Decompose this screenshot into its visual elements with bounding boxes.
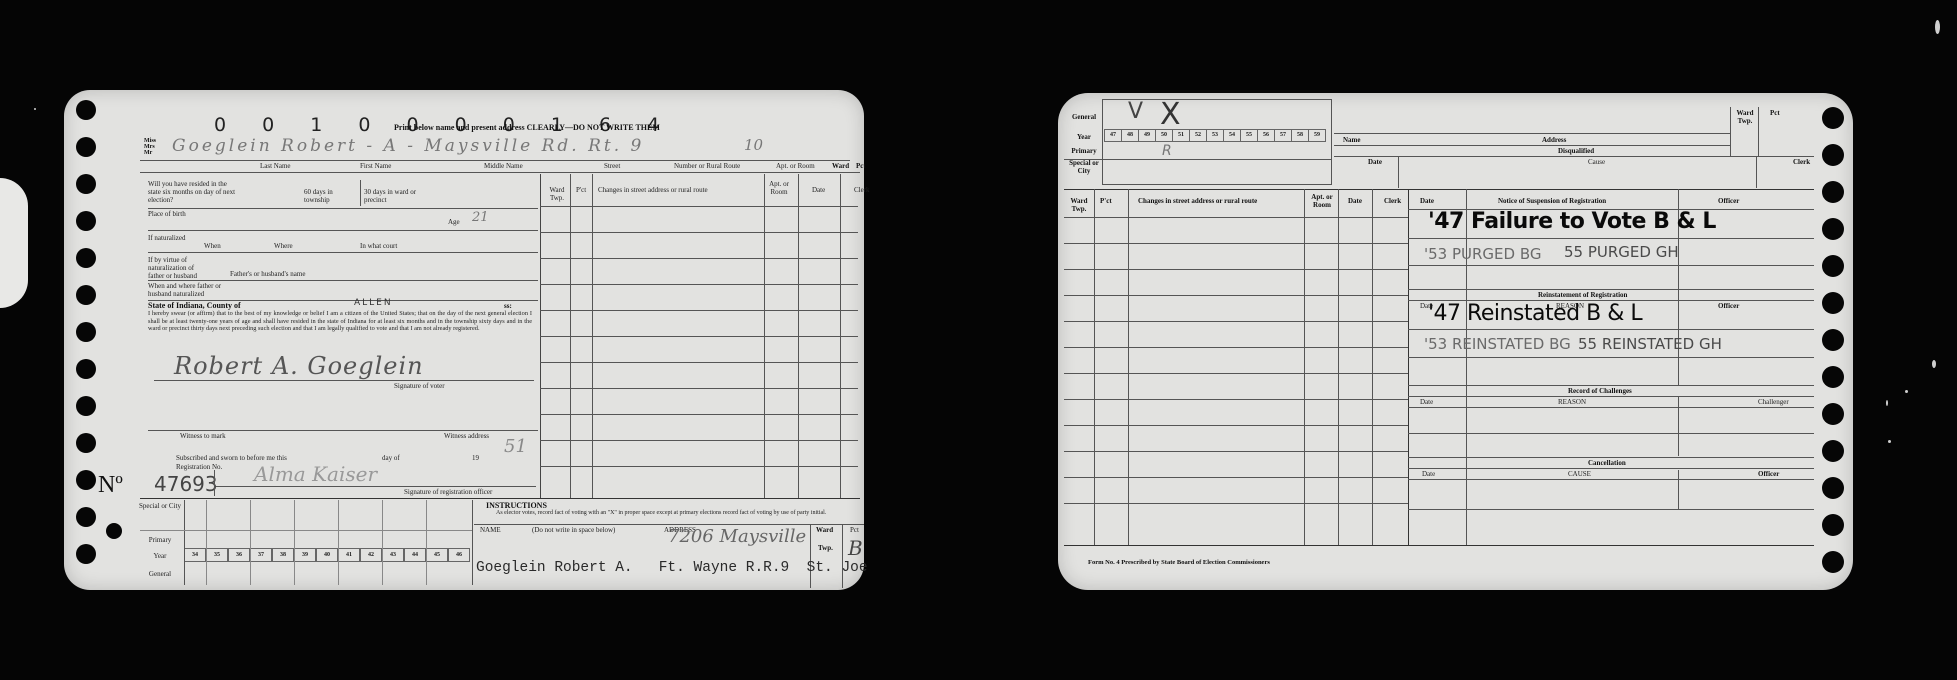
divider [1064,269,1408,270]
challenges-date-label: Date [1420,398,1433,406]
township-days-label: 60 days in township [304,188,356,204]
punch-hole [76,433,96,453]
reinstatement-officer-label: Officer [1718,302,1739,310]
divider [1064,373,1408,374]
year-cell: 34 [184,548,206,562]
cancellation-cause-label: CAUSE [1568,470,1591,478]
name-label: Name [1343,136,1361,144]
divider [1408,329,1814,330]
grid-label-primary: Primary [138,536,182,544]
change-header-apt: Apt. or Room [1310,193,1334,209]
divider [1466,189,1467,545]
disqualified-date-label: Date [1368,158,1382,166]
instructions-text: As elector votes, record fact of voting … [496,510,866,517]
change-header-date: Date [812,186,825,194]
dust-speck [1932,360,1936,368]
year-cell: 46 [448,548,470,562]
punch-hole [1822,403,1844,425]
divider [1408,385,1814,386]
change-header-ward: Ward Twp. [1068,197,1090,213]
grid-label-special: Special or City [138,502,182,510]
punch-hole [1822,218,1844,240]
suspension-stamp-1955: 55 PURGED GH [1564,243,1679,261]
bottom-pct-label: Pct [850,526,859,534]
ward-label: Ward [832,162,849,170]
divider [360,180,361,206]
punch-hole [76,470,96,490]
change-header-address: Changes in street address or rural route [598,186,768,194]
divider [1408,289,1814,290]
naturalized-label: If naturalized [148,234,188,242]
divider [1408,457,1814,458]
voter-registration-card-back: General Year Primary Special or City 47 … [1058,93,1853,590]
cancellation-title: Cancellation [1588,459,1626,467]
divider [1398,156,1399,188]
header-instruction: Print below name and present address CLE… [394,124,734,132]
father-naturalization-label: If by virtue of naturalization of father… [148,256,206,280]
punch-hole [76,359,96,379]
pct-label: Pct [1770,109,1780,117]
grid-label-general: General [1066,113,1102,121]
disqualified-clerk-label: Clerk [1793,158,1810,166]
divider [1408,433,1814,434]
change-header-apt: Apt. or Room [768,180,790,196]
address-label: Address [1542,136,1566,144]
divider [1064,451,1408,452]
ward-twp-label: Ward Twp. [1734,109,1756,125]
suspension-title: Notice of Suspension of Registration [1498,197,1606,205]
divider [540,466,858,467]
divider [540,388,858,389]
year-cell: 45 [426,548,448,562]
father-when-where-label: When and where father or husband natural… [148,282,244,298]
divider [1064,159,1332,160]
oath-state-label: State of Indiana, County of [148,302,241,310]
signature-label: Signature of voter [394,382,445,390]
year-cell: 35 [206,548,228,562]
birthplace-label: Place of birth [148,210,188,218]
bottom-pct-value: B [848,536,863,560]
year-cell: 39 [294,548,316,562]
change-header-clerk: Clerk [854,186,870,194]
naturalized-court-label: In what court [360,242,397,250]
divider [1064,189,1814,190]
divider [540,206,858,207]
handwritten-year: 51 [504,436,527,457]
punch-hole [76,544,96,564]
year-row: 34 35 36 37 38 39 40 41 42 43 44 45 46 [184,548,472,562]
divider [184,500,185,585]
divider [1730,107,1731,157]
reinstatement-stamp-1947: '47 Reinstated B & L [1428,301,1642,326]
year-cell: 41 [338,548,360,562]
voter-registration-card-front: 0 0 1 0 0 0 0 1 6 4 Print below name and… [64,90,864,590]
dust-speck [1886,400,1888,406]
instructions-title: INSTRUCTIONS [486,502,547,510]
divider [1064,217,1408,218]
change-header-pct: P'ct [576,186,586,194]
registrar-label: Signature of registration officer [404,488,492,496]
year-cell: 42 [360,548,382,562]
naturalized-when-label: When [204,242,221,250]
divider [842,524,843,588]
divider [1064,295,1408,296]
divider [1064,425,1408,426]
naturalized-where-label: Where [274,242,293,250]
number-sign: Nº [98,472,123,499]
precinct-days-label: 30 days in ward or precinct [364,188,428,204]
handwritten-apt: 10 [744,136,763,154]
father-name-label: Father's or husband's name [230,270,305,278]
divider [382,500,383,585]
punch-hole [1822,514,1844,536]
divider [140,530,472,531]
registrar-signature: Alma Kaiser [254,462,377,486]
registration-no-label: Registration No. [176,463,222,471]
year-cell: 38 [272,548,294,562]
general-vote-mark-48: V [1128,99,1143,124]
divider [1064,399,1408,400]
witness-mark-label: Witness to mark [180,432,226,440]
handwritten-name: Goeglein Robert - A - Maysville Rd. Rt. … [172,136,644,156]
challenges-challenger-label: Challenger [1758,398,1789,406]
punch-hole [1822,366,1844,388]
punch-hole [1822,477,1844,499]
divider [154,380,534,381]
divider [1408,479,1814,480]
punch-hole [76,248,96,268]
punch-hole [1822,329,1844,351]
divider [338,500,339,585]
divider [810,524,811,588]
bottom-typed-name-address: Goeglein Robert A. Ft. Wayne R.R.9 St. J… [476,560,868,576]
divider [1408,468,1814,469]
punch-hole [1822,292,1844,314]
witness-address-label: Witness address [444,432,489,440]
bottom-name-label: NAME [480,526,501,534]
punch-hole [1822,551,1844,573]
punch-hole [76,507,96,527]
year-cell: 36 [228,548,250,562]
divider [540,336,858,337]
change-header-address: Changes in street address or rural route [1138,197,1308,205]
cancellation-date-label: Date [1422,470,1435,478]
punch-hole [1822,440,1844,462]
suspension-stamp-1953: '53 PURGED BG [1424,245,1542,263]
punch-hole [76,396,96,416]
punch-hole [1822,107,1844,129]
punch-hole [1822,181,1844,203]
reinstatement-stamp-1953: '53 REINSTATED BG [1424,335,1571,353]
divider [1334,156,1814,157]
divider [1334,145,1730,146]
county-value: ALLEN [354,298,393,308]
divider [1408,238,1814,239]
change-header-pct: P'ct [1100,197,1112,205]
punch-hole [76,137,96,157]
punch-hole [76,285,96,305]
divider [1064,503,1408,504]
pct-label: Pct [856,162,866,170]
oath-text: I hereby swear (or affirm) that to the b… [148,310,532,333]
grid-label-general: General [138,570,182,578]
punch-hole [76,100,96,120]
reinstatement-title: Reinstatement of Registration [1538,291,1627,299]
year-cell: 37 [250,548,272,562]
dust-speck [1888,440,1891,443]
dust-speck [34,108,36,110]
divider [540,284,858,285]
divider [206,500,207,585]
disqualified-label: Disqualified [1558,147,1594,155]
divider [540,414,858,415]
suspension-officer-label: Officer [1718,197,1739,205]
day-of-label: day of [382,454,400,462]
divider [540,440,858,441]
divider [426,500,427,585]
divider [148,430,538,431]
first-name-label: First Name [360,162,391,170]
form-footer: Form No. 4 Prescribed by State Board of … [1088,559,1270,567]
divider [148,252,538,253]
dust-speck [1905,390,1908,393]
adjacent-card-edge [0,178,28,308]
challenges-title: Record of Challenges [1568,387,1632,395]
divider [1408,407,1814,408]
divider [1408,189,1409,545]
age-label: Age [448,218,460,226]
divider [1758,107,1759,157]
divider [540,310,858,311]
divider [214,470,215,496]
change-header-ward: Ward Twp. [546,186,568,202]
divider [140,160,850,161]
divider [1064,243,1408,244]
subscribed-label: Subscribed and sworn to before me this [176,454,287,462]
year-cell: 40 [316,548,338,562]
residency-question: Will you have resided in the state six m… [148,180,240,204]
change-header-date: Date [1348,197,1362,205]
punch-hole [1822,255,1844,277]
punch-hole [76,174,96,194]
divider [472,500,473,585]
punch-hole [76,211,96,231]
general-vote-mark-50: X [1160,97,1181,132]
street-label: Street [604,162,620,170]
middle-name-label: Middle Name [484,162,523,170]
divider [1064,477,1408,478]
bottom-twp-label: Twp. [818,544,833,552]
grid-label-primary: Primary [1066,147,1102,155]
punch-hole [76,322,96,342]
divider [474,524,864,525]
divider [540,362,858,363]
divider [1064,321,1408,322]
suspension-stamp-1947: '47 Failure to Vote B & L [1428,209,1716,234]
divider [1408,357,1814,358]
disqualified-cause-label: Cause [1588,158,1605,166]
divider [540,258,858,259]
divider [1408,265,1814,266]
divider [540,232,858,233]
divider [1334,133,1730,134]
divider [1408,396,1814,397]
divider [1064,545,1814,546]
divider [1678,396,1679,456]
registration-number: 47693 [154,472,218,496]
year-cell: 44 [404,548,426,562]
year-cell: 43 [382,548,404,562]
divider [1408,509,1814,510]
age-value: 21 [472,210,489,225]
reinstatement-stamp-1955: 55 REINSTATED GH [1578,335,1722,353]
punch-hole [1822,144,1844,166]
divider [140,172,860,173]
cancellation-officer-label: Officer [1758,470,1779,478]
year-prefix-label: 19 [472,454,479,462]
grid-label-year: Year [138,552,182,560]
voter-signature: Robert A. Goeglein [174,352,424,380]
bottom-handwritten-address: 7206 Maysville [668,526,806,547]
divider [1064,347,1408,348]
last-name-label: Last Name [260,162,291,170]
divider [148,230,538,231]
ss-label: ss: [504,302,512,310]
divider [148,280,538,281]
grid-label-special: Special or City [1066,159,1102,175]
divider [1756,156,1757,188]
apt-label: Apt. or Room [776,162,815,170]
grid-label-year: Year [1066,133,1102,141]
primary-vote-mark-50: R [1162,143,1172,159]
suspension-date-label: Date [1420,197,1434,205]
divider [148,208,538,209]
divider [1678,470,1679,510]
dust-speck [1935,20,1940,34]
divider [294,500,295,585]
bottom-ward-label: Ward [816,526,833,534]
challenges-reason-label: REASON [1558,398,1586,406]
punch-hole-small [106,523,122,539]
change-header-clerk: Clerk [1384,197,1401,205]
divider [216,486,536,487]
salutation: Miss Mrs Mr [144,138,164,156]
divider [250,500,251,585]
bottom-note-label: (Do not write in space below) [532,526,615,534]
divider [140,498,860,499]
number-label: Number or Rural Route [674,162,740,170]
